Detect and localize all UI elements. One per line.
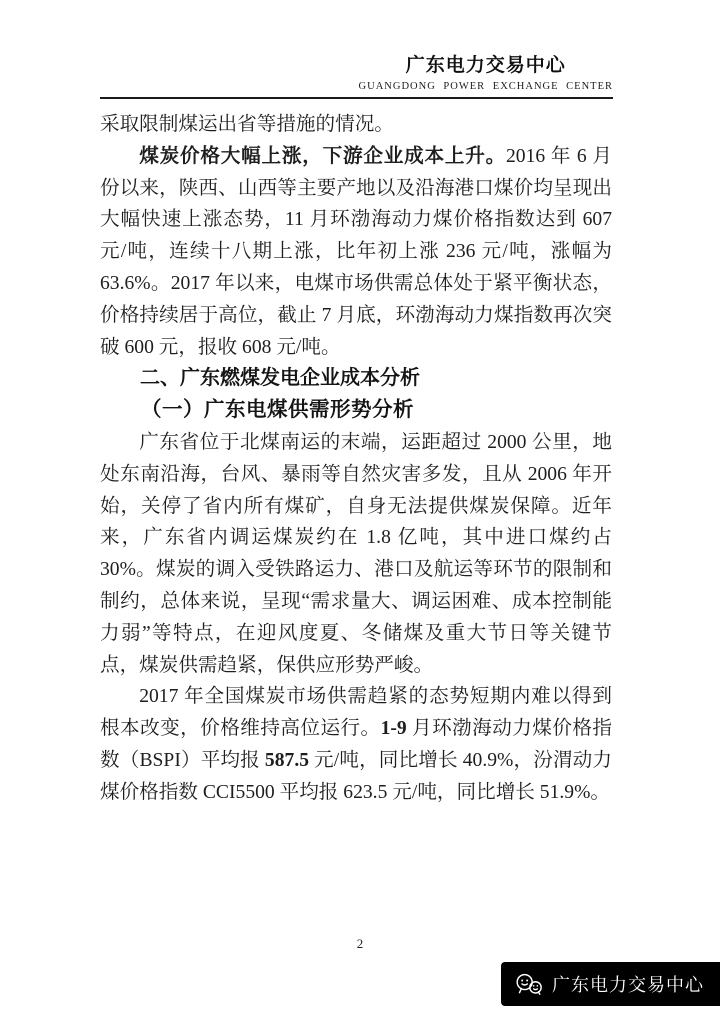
wechat-icon xyxy=(514,973,543,996)
section-heading: 二、广东燃煤发电企业成本分析 xyxy=(100,363,612,395)
org-name-cn: 广东电力交易中心 xyxy=(359,54,613,78)
paragraph-text: 2016 年 6 月份以来，陕西、山西等主要产地以及沿海港口煤价均呈现出大幅快速… xyxy=(100,146,612,358)
page-number: 2 xyxy=(0,936,720,952)
document-header: 广东电力交易中心 GUANGDONG POWER EXCHANGE CENTER xyxy=(0,0,720,99)
paragraph-2017-outlook: 2017 年全国煤炭市场供需趋紧的态势短期内难以得到根本改变，价格维持高位运行。… xyxy=(100,681,612,808)
header-rule xyxy=(100,97,613,99)
paragraph-continuation: 采取限制煤运出省等措施的情况。 xyxy=(100,109,612,141)
paragraph-guangdong-supply: 广东省位于北煤南运的末端，运距超过 2000 公里，地处东南沿海，台风、暴雨等自… xyxy=(100,427,612,681)
watermark-label: 广东电力交易中心 xyxy=(552,971,704,997)
org-block: 广东电力交易中心 GUANGDONG POWER EXCHANGE CENTER xyxy=(359,54,613,94)
document-body: 采取限制煤运出省等措施的情况。 煤炭价格大幅上涨，下游企业成本上升。2016 年… xyxy=(100,109,612,809)
document-page: 广东电力交易中心 GUANGDONG POWER EXCHANGE CENTER… xyxy=(0,0,720,1018)
wechat-watermark-badge: 广东电力交易中心 xyxy=(501,962,720,1006)
subsection-heading: （一）广东电煤供需形势分析 xyxy=(100,395,612,427)
paragraph-bold-number: 587.5 xyxy=(265,750,309,771)
paragraph-coal-price: 煤炭价格大幅上涨，下游企业成本上升。2016 年 6 月份以来，陕西、山西等主要… xyxy=(100,141,612,364)
org-name-en: GUANGDONG POWER EXCHANGE CENTER xyxy=(359,80,613,94)
paragraph-lead-bold: 煤炭价格大幅上涨，下游企业成本上升。 xyxy=(139,146,506,167)
paragraph-bold-number: 1-9 xyxy=(381,718,407,739)
